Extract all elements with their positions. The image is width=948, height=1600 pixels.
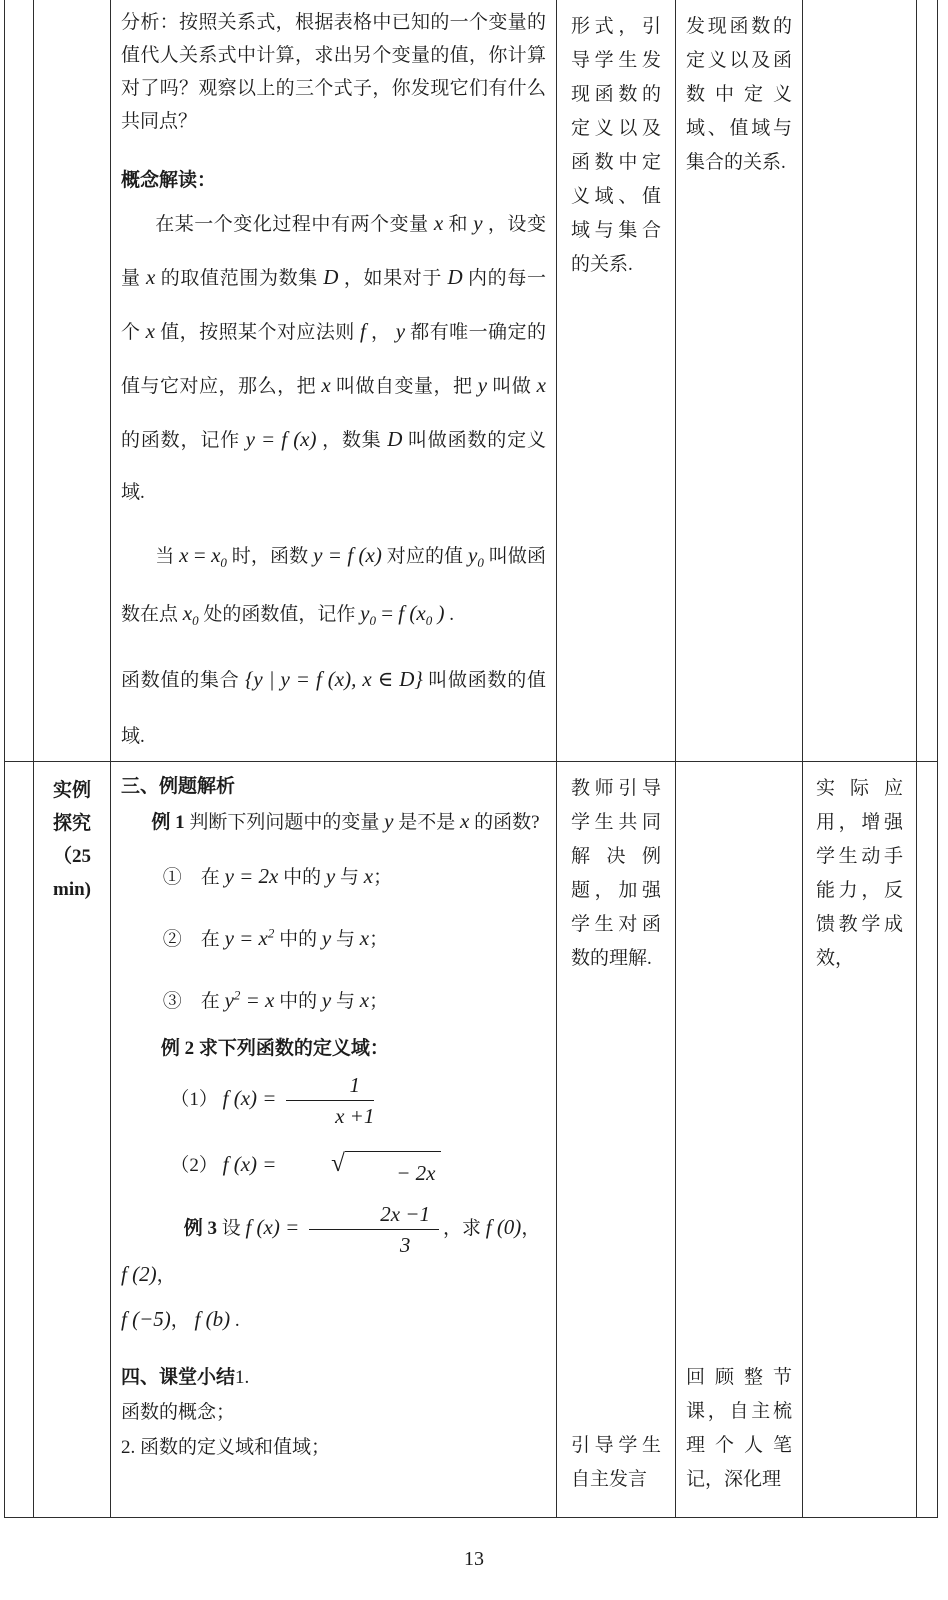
table-row-examples: 实例探究（25 min) 三、例题解析 例 1 判断下列问题中的变量 y 是不是… bbox=[5, 762, 938, 1518]
teacher-activity-note: 形式，引导学生发现函数的定义以及函数中定义域、值域与集合的关系. bbox=[557, 0, 675, 761]
example1-paragraph: 例 1 判断下列问题中的变量 y 是不是 x 的函数? bbox=[121, 804, 546, 840]
cell-teacher-activity-examples: 教师引导学生共同解决例题，加强学生对函数的理解. 引导学生自主发言 bbox=[557, 762, 676, 1518]
analysis-paragraph: 分析：按照关系式，根据表格中已知的一个变量的值代人关系式中计算，求出另个变量的值… bbox=[121, 6, 546, 138]
summary-heading: 四、课堂小结1. bbox=[121, 1361, 546, 1395]
stage-label: 实例探究（25 min) bbox=[34, 762, 110, 1517]
summary-line1: 函数的概念； bbox=[121, 1395, 546, 1430]
cell-main-examples: 三、例题解析 例 1 判断下列问题中的变量 y 是不是 x 的函数? ① 在 y… bbox=[111, 762, 557, 1518]
cell-left-margin-row2 bbox=[5, 762, 34, 1518]
cell-teacher-activity-concept: 形式，引导学生发现函数的定义以及函数中定义域、值域与集合的关系. bbox=[557, 0, 676, 762]
example2-item2-formula: （2） f (x) = √− 2x bbox=[121, 1144, 546, 1193]
cell-left-margin-row1 bbox=[5, 0, 34, 762]
cell-design-intent-concept: 发现函数的定义以及函数中定义域、值域与集合的关系. bbox=[676, 0, 803, 762]
cell-empty-col6-row1 bbox=[803, 0, 917, 762]
cell-design-intent-examples: 回顾整节课，自主梳理个人笔记，深化理 bbox=[676, 762, 803, 1518]
concept-heading: 概念解读： bbox=[121, 164, 546, 197]
example3-continuation: f (−5)， f (b) . bbox=[121, 1301, 546, 1339]
function-definition-paragraph: 在某一个变化过程中有两个变量 x 和 y ，设变量 x 的取值范围为数集 D ，… bbox=[121, 197, 546, 519]
table-row-concept: 分析：按照关系式，根据表格中已知的一个变量的值代人关系式中计算，求出另个变量的值… bbox=[5, 0, 938, 762]
example3-paragraph: 例 3 设 f (x) = 2x −13，求 f (0)， f (2)， bbox=[121, 1199, 546, 1288]
example2-item1-formula: （1） f (x) = 1x +1 bbox=[121, 1070, 546, 1132]
example1-item3: ③ 在 y2 = x 中的 y 与 x； bbox=[121, 980, 546, 1022]
page-number: 13 bbox=[0, 1548, 948, 1571]
cell-main-concept: 分析：按照关系式，根据表格中已知的一个变量的值代人关系式中计算，求出另个变量的值… bbox=[111, 0, 557, 762]
teacher-guidance-bottom-note: 引导学生自主发言 bbox=[571, 1429, 661, 1517]
lesson-plan-table: 分析：按照关系式，根据表格中已知的一个变量的值代人关系式中计算，求出另个变量的值… bbox=[4, 0, 938, 1518]
design-intent-note: 发现函数的定义以及函数中定义域、值域与集合的关系. bbox=[676, 0, 802, 761]
document-body: { "page_number": "13", "row1": { "col3":… bbox=[0, 0, 948, 1600]
cell-stage-row1 bbox=[34, 0, 111, 762]
example1-item2: ② 在 y = x2 中的 y 与 x； bbox=[121, 918, 546, 960]
function-range-paragraph: 函数值的集合 {y | y = f (x), x ∈ D} 叫做函数的值域. bbox=[121, 651, 546, 761]
example2-heading: 例 2 求下列函数的定义域： bbox=[121, 1032, 546, 1066]
cell-right-margin-row1 bbox=[917, 0, 938, 762]
example1-item1: ① 在 y = 2x 中的 y 与 x； bbox=[121, 856, 546, 898]
review-note: 回顾整节课，自主梳理个人笔记，深化理 bbox=[686, 1361, 792, 1517]
section-heading-examples: 三、例题解析 bbox=[121, 770, 546, 804]
teacher-guidance-note: 教师引导学生共同解决例题，加强学生对函数的理解. bbox=[571, 772, 661, 976]
cell-right-margin-row2 bbox=[917, 762, 938, 1518]
function-value-paragraph: 当 x = x0 时，函数 y = f (x) 对应的值 y0 叫做函数在点 x… bbox=[121, 527, 546, 643]
document-page: 分析：按照关系式，根据表格中已知的一个变量的值代人关系式中计算，求出另个变量的值… bbox=[0, 0, 948, 1600]
cell-stage-examples: 实例探究（25 min) bbox=[34, 762, 111, 1518]
cell-practical-note: 实际应用，增强学生动手能力，反馈教学成效， bbox=[803, 762, 917, 1518]
practical-application-note: 实际应用，增强学生动手能力，反馈教学成效， bbox=[803, 762, 916, 1517]
summary-line2: 2. 函数的定义域和值域； bbox=[121, 1430, 546, 1465]
